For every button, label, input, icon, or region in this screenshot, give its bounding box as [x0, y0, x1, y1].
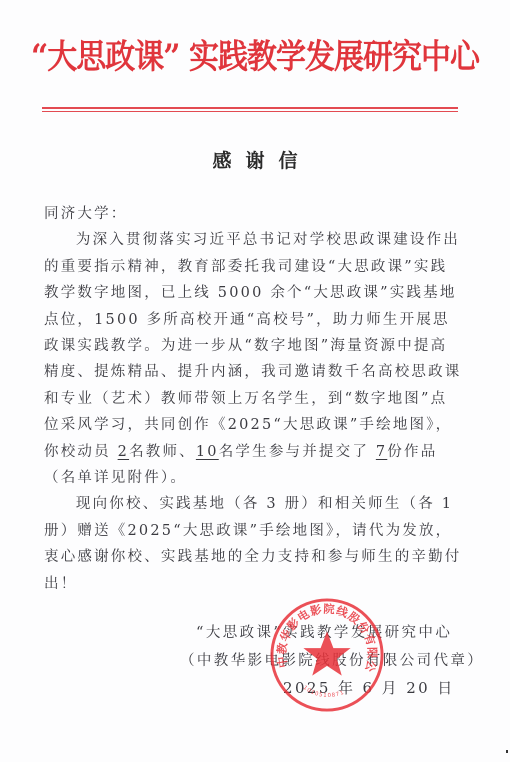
paragraph-1-text-b: 名教师、	[129, 444, 196, 460]
salutation: 同济大学：	[44, 201, 464, 227]
teachers-count: 2	[118, 444, 129, 460]
page-mark	[506, 750, 508, 753]
paragraph-2: 现向你校、实践基地（各 3 册）和相关师生（各 1 册）赠送《2025“大思政课…	[44, 491, 464, 597]
paragraph-1: 为深入贯彻落实习近平总书记对学校思政课建设作出的重要指示精神，教育部委托我司建设…	[44, 227, 464, 491]
document-title: 感谢信	[0, 146, 510, 173]
works-count: 7	[376, 444, 387, 460]
letterhead-title: “大思政课” 实践教学发展研究中心	[0, 36, 510, 81]
paragraph-1-text-a: 为深入贯彻落实习近平总书记对学校思政课建设作出的重要指示精神，教育部委托我司建设…	[44, 232, 462, 459]
paragraph-1-text-c: 名学生参与并提交了	[219, 444, 369, 460]
signature-agent: （中教华影电影院线股份有限公司代章）	[180, 649, 484, 670]
letter-body: 同济大学： 为深入贯彻落实习近平总书记对学校思政课建设作出的重要指示精神，教育部…	[44, 201, 464, 597]
students-count: 10	[196, 444, 219, 460]
letterhead-rule-thick	[42, 107, 458, 109]
signature-date: 2025 年 6 月 20 日	[283, 677, 455, 698]
signature-organization: “大思政课”实践教学发展研究中心	[196, 621, 452, 642]
letterhead-rule-thin	[42, 111, 458, 112]
